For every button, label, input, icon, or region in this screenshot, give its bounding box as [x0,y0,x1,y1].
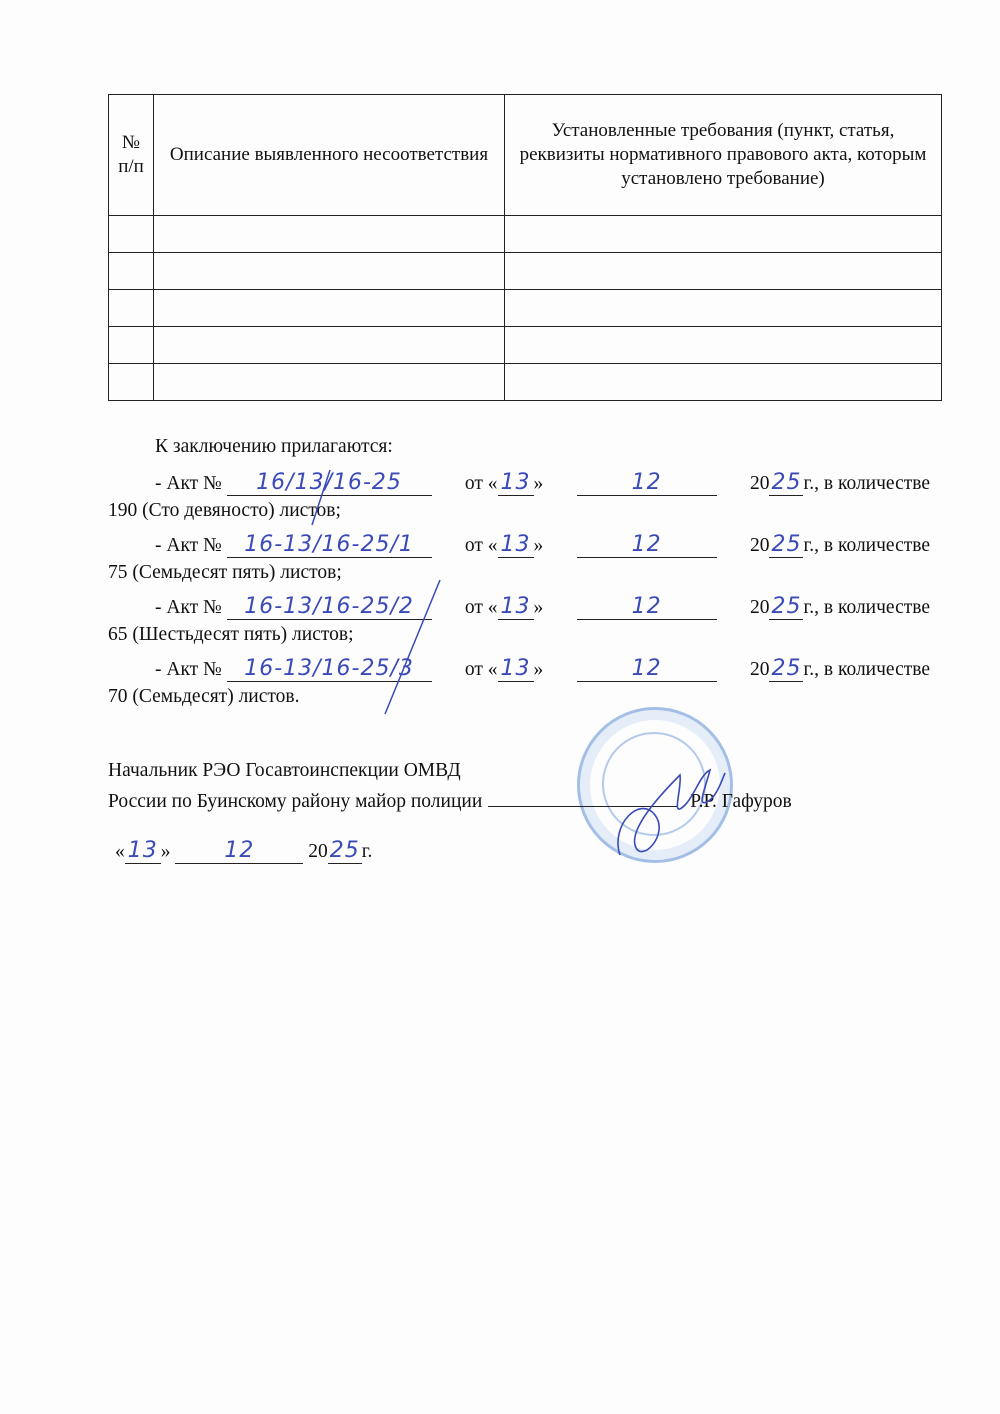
handwritten-signature [600,745,730,875]
signatory-position-line2: России по Буинскому району майор полиции [108,791,482,813]
signature-date: «13» 12 2025г. [115,838,372,864]
handwritten-strokes [0,0,1000,760]
year-suffix: г. [362,841,373,862]
quote-close: » [161,841,171,862]
signatory-position-line1: Начальник РЭО Госавтоинспекции ОМВД [108,760,461,782]
signature-year: 25 [328,838,362,864]
signature-day: 13 [125,838,161,864]
year-prefix: 20 [308,841,328,862]
quote-open: « [115,841,125,862]
signature-month: 12 [175,838,303,864]
document-page: № п/п Описание выявленного несоответстви… [0,0,1000,1414]
